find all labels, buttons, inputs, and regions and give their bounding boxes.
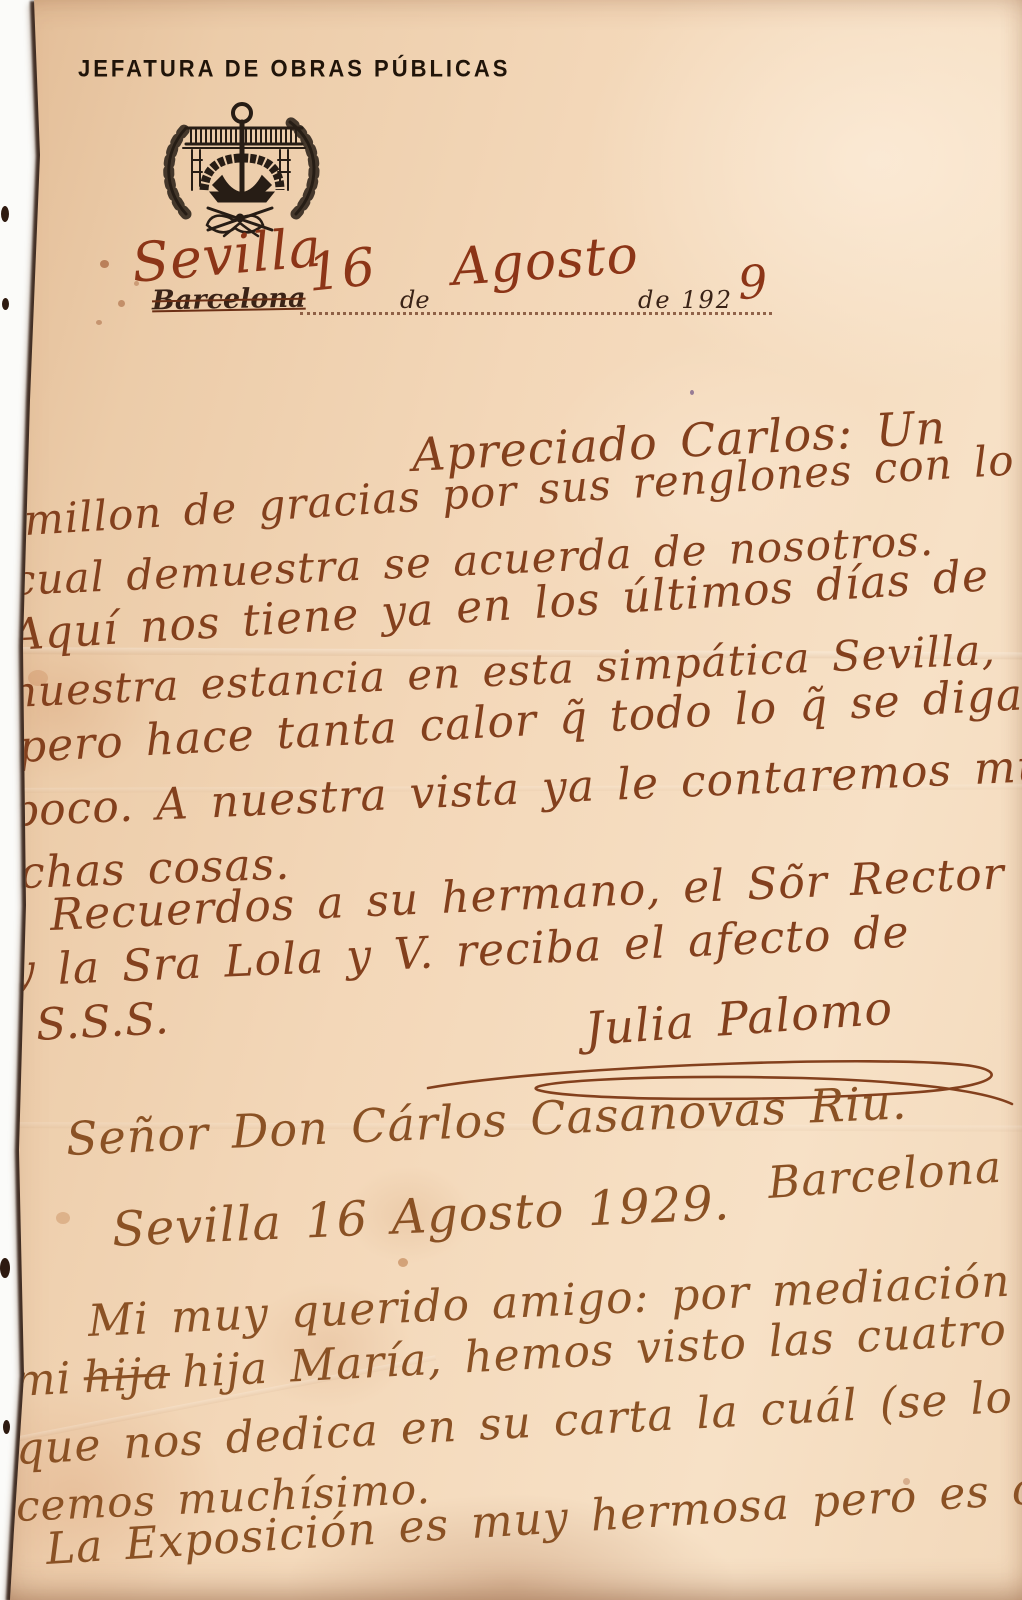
recipient-line: Señor Don Cárlos Casanovas Riu.: [65, 1075, 909, 1166]
stain-spot: [118, 300, 125, 307]
letter2-crossed-out-word: hija: [82, 1348, 171, 1403]
letter-closing-sss: S.S.S.: [35, 993, 171, 1051]
dateline-city-printed: Barcelona: [152, 283, 306, 317]
letter-scan: JEFATURA DE OBRAS PÚBLICAS: [0, 0, 1022, 1600]
stain-spot: [96, 320, 102, 325]
letterhead-agency-title: JEFATURA DE OBRAS PÚBLICAS: [78, 55, 510, 83]
dateline-year-digit: 9: [737, 254, 770, 310]
recipient-city: Barcelona: [766, 1142, 1003, 1209]
dateline-day: 16: [305, 237, 379, 304]
stain-spot: [690, 390, 694, 395]
signature: Julia Palomo: [583, 981, 895, 1056]
dateline-year-printed: de 192: [638, 286, 733, 314]
stain-spot: [398, 1258, 408, 1267]
stain-spot: [100, 260, 109, 268]
second-dateline: Sevilla 16 Agosto 1929.: [111, 1175, 731, 1258]
stain-spot: [56, 1212, 70, 1224]
dateline-de-printed: de: [400, 286, 430, 314]
letter-paper: JEFATURA DE OBRAS PÚBLICAS: [0, 0, 1022, 1600]
letter2-line2-pre: mi: [13, 1353, 73, 1407]
